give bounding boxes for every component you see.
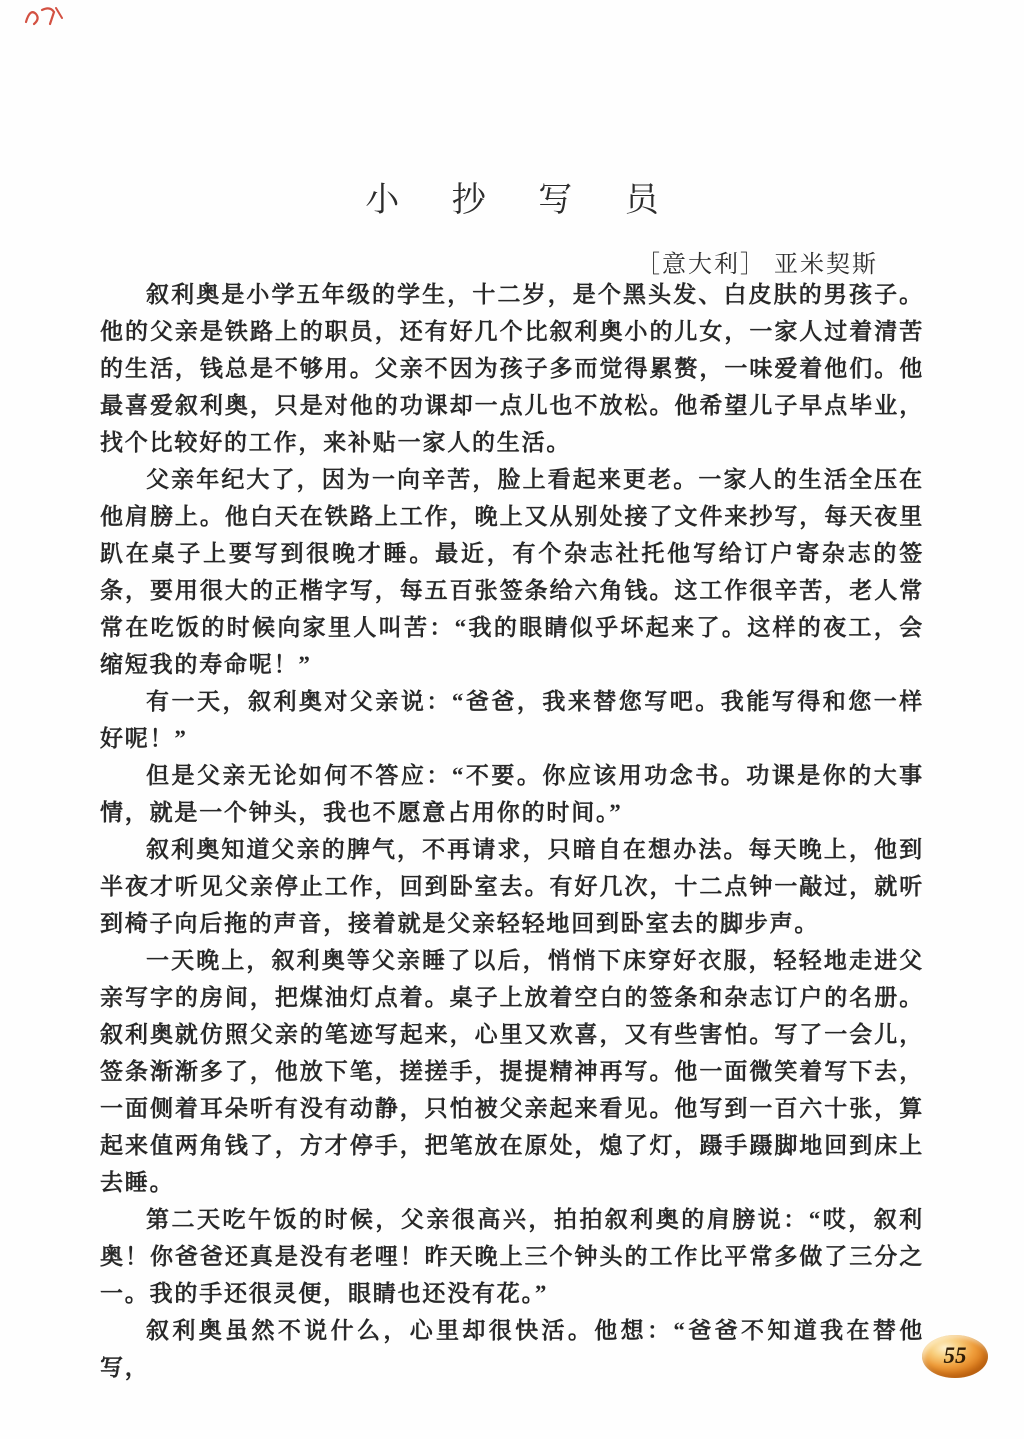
paragraph: 有一天，叙利奥对父亲说：“爸爸，我来替您写吧。我能写得和您一样好呢！” — [100, 683, 924, 757]
paragraph: 叙利奥知道父亲的脾气，不再请求，只暗自在想办法。每天晚上，他到半夜才听见父亲停止… — [100, 831, 924, 942]
lesson-title: 小 抄 写 员 — [0, 172, 1024, 221]
paragraph: 一天晚上，叙利奥等父亲睡了以后，悄悄下床穿好衣服，轻轻地走进父亲写字的房间，把煤… — [100, 942, 924, 1201]
paragraph: 第二天吃午饭的时候，父亲很高兴，拍拍叙利奥的肩膀说：“哎，叙利奥！你爸爸还真是没… — [100, 1201, 924, 1312]
page-number: 55 — [944, 1343, 967, 1369]
paragraph: 叙利奥是小学五年级的学生，十二岁，是个黑头发、白皮肤的男孩子。他的父亲是铁路上的… — [100, 276, 924, 461]
paragraph: 但是父亲无论如何不答应：“不要。你应该用功念书。功课是你的大事情，就是一个钟头，… — [100, 757, 924, 831]
paragraph: 叙利奥虽然不说什么，心里却很快活。他想：“爸爸不知道我在替他写， — [100, 1312, 924, 1386]
textbook-page: 小 抄 写 员 ［意大利］ 亚米契斯 叙利奥是小学五年级的学生，十二岁，是个黑头… — [0, 0, 1024, 1439]
author-line: ［意大利］ 亚米契斯 — [636, 244, 878, 279]
lesson-body: 叙利奥是小学五年级的学生，十二岁，是个黑头发、白皮肤的男孩子。他的父亲是铁路上的… — [100, 276, 924, 1386]
paragraph: 父亲年纪大了，因为一向辛苦，脸上看起来更老。一家人的生活全压在他肩膀上。他白天在… — [100, 461, 924, 683]
page-number-badge: 55 — [922, 1335, 988, 1378]
red-ink-mark — [20, 2, 66, 32]
